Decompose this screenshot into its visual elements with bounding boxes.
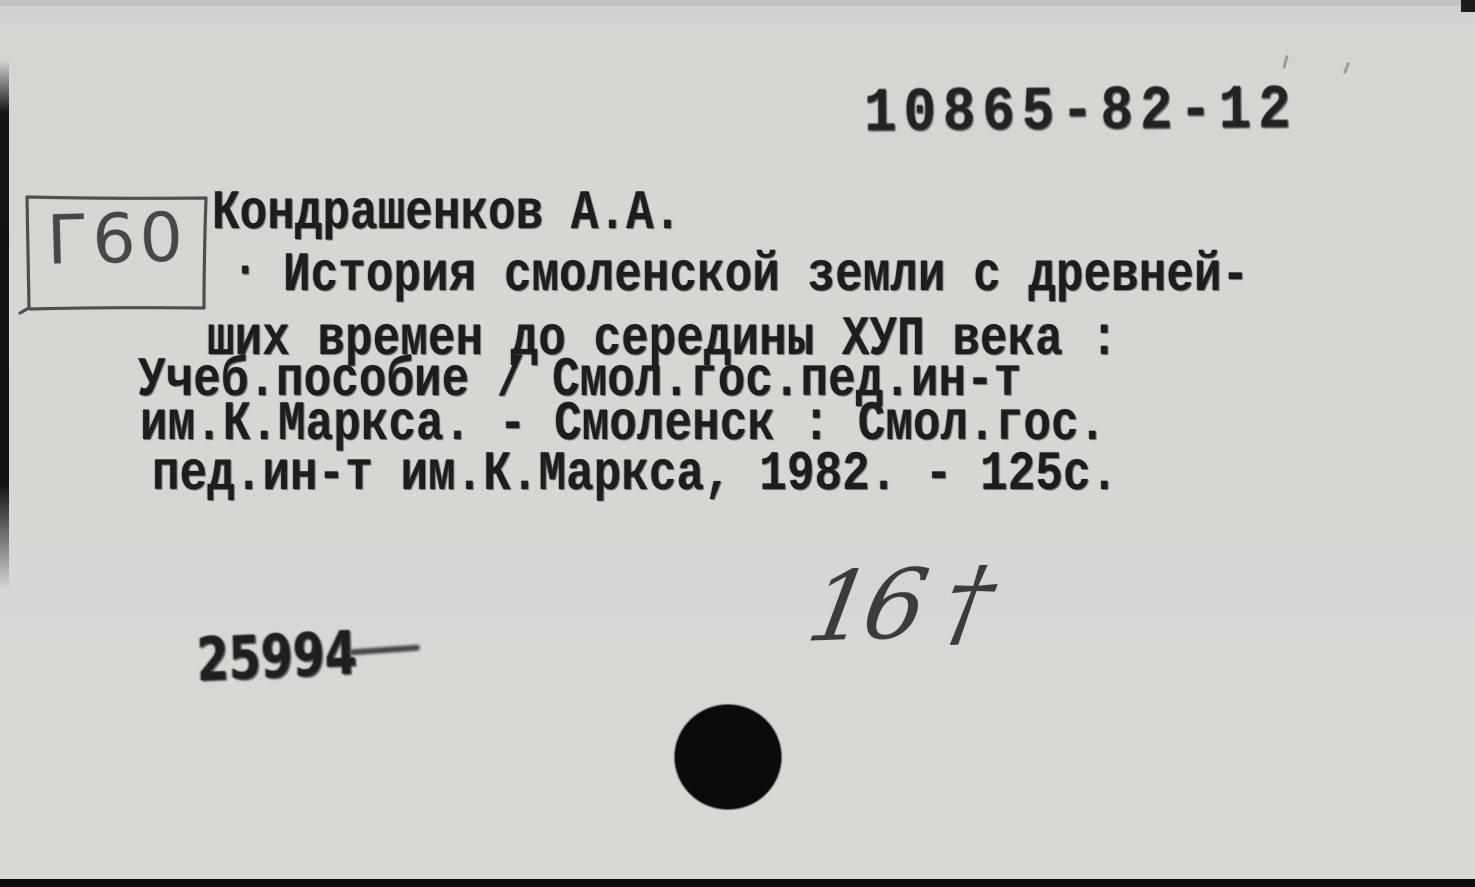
stray-dot-mark: . bbox=[232, 234, 258, 287]
handwritten-note: 16 † bbox=[801, 554, 996, 656]
scan-edge-top bbox=[0, 0, 1475, 6]
ink-speck bbox=[1282, 55, 1289, 69]
catalog-card-scan: 10865-82-12 Г60 Кондрашенков А.А. . Исто… bbox=[0, 0, 1475, 887]
registration-number-stamp: 10865-82-12 bbox=[864, 81, 1298, 147]
accession-number-stamp: 25994 bbox=[196, 623, 358, 690]
scan-edge-bottom bbox=[0, 879, 1475, 887]
ink-smear bbox=[350, 645, 420, 656]
ink-speck bbox=[1343, 62, 1350, 74]
description-line-5: пед.ин-т им.К.Маркса, 1982. - 125с. bbox=[152, 447, 1118, 502]
shelf-code-handwritten: Г60 bbox=[46, 204, 188, 276]
scan-corner-mark bbox=[1461, 0, 1475, 12]
scan-edge-left bbox=[0, 60, 9, 590]
punch-hole bbox=[675, 705, 781, 809]
description-line-1: История смоленской земли с древней- bbox=[283, 248, 1249, 303]
author-heading: Кондрашенков А.А. bbox=[212, 186, 681, 241]
